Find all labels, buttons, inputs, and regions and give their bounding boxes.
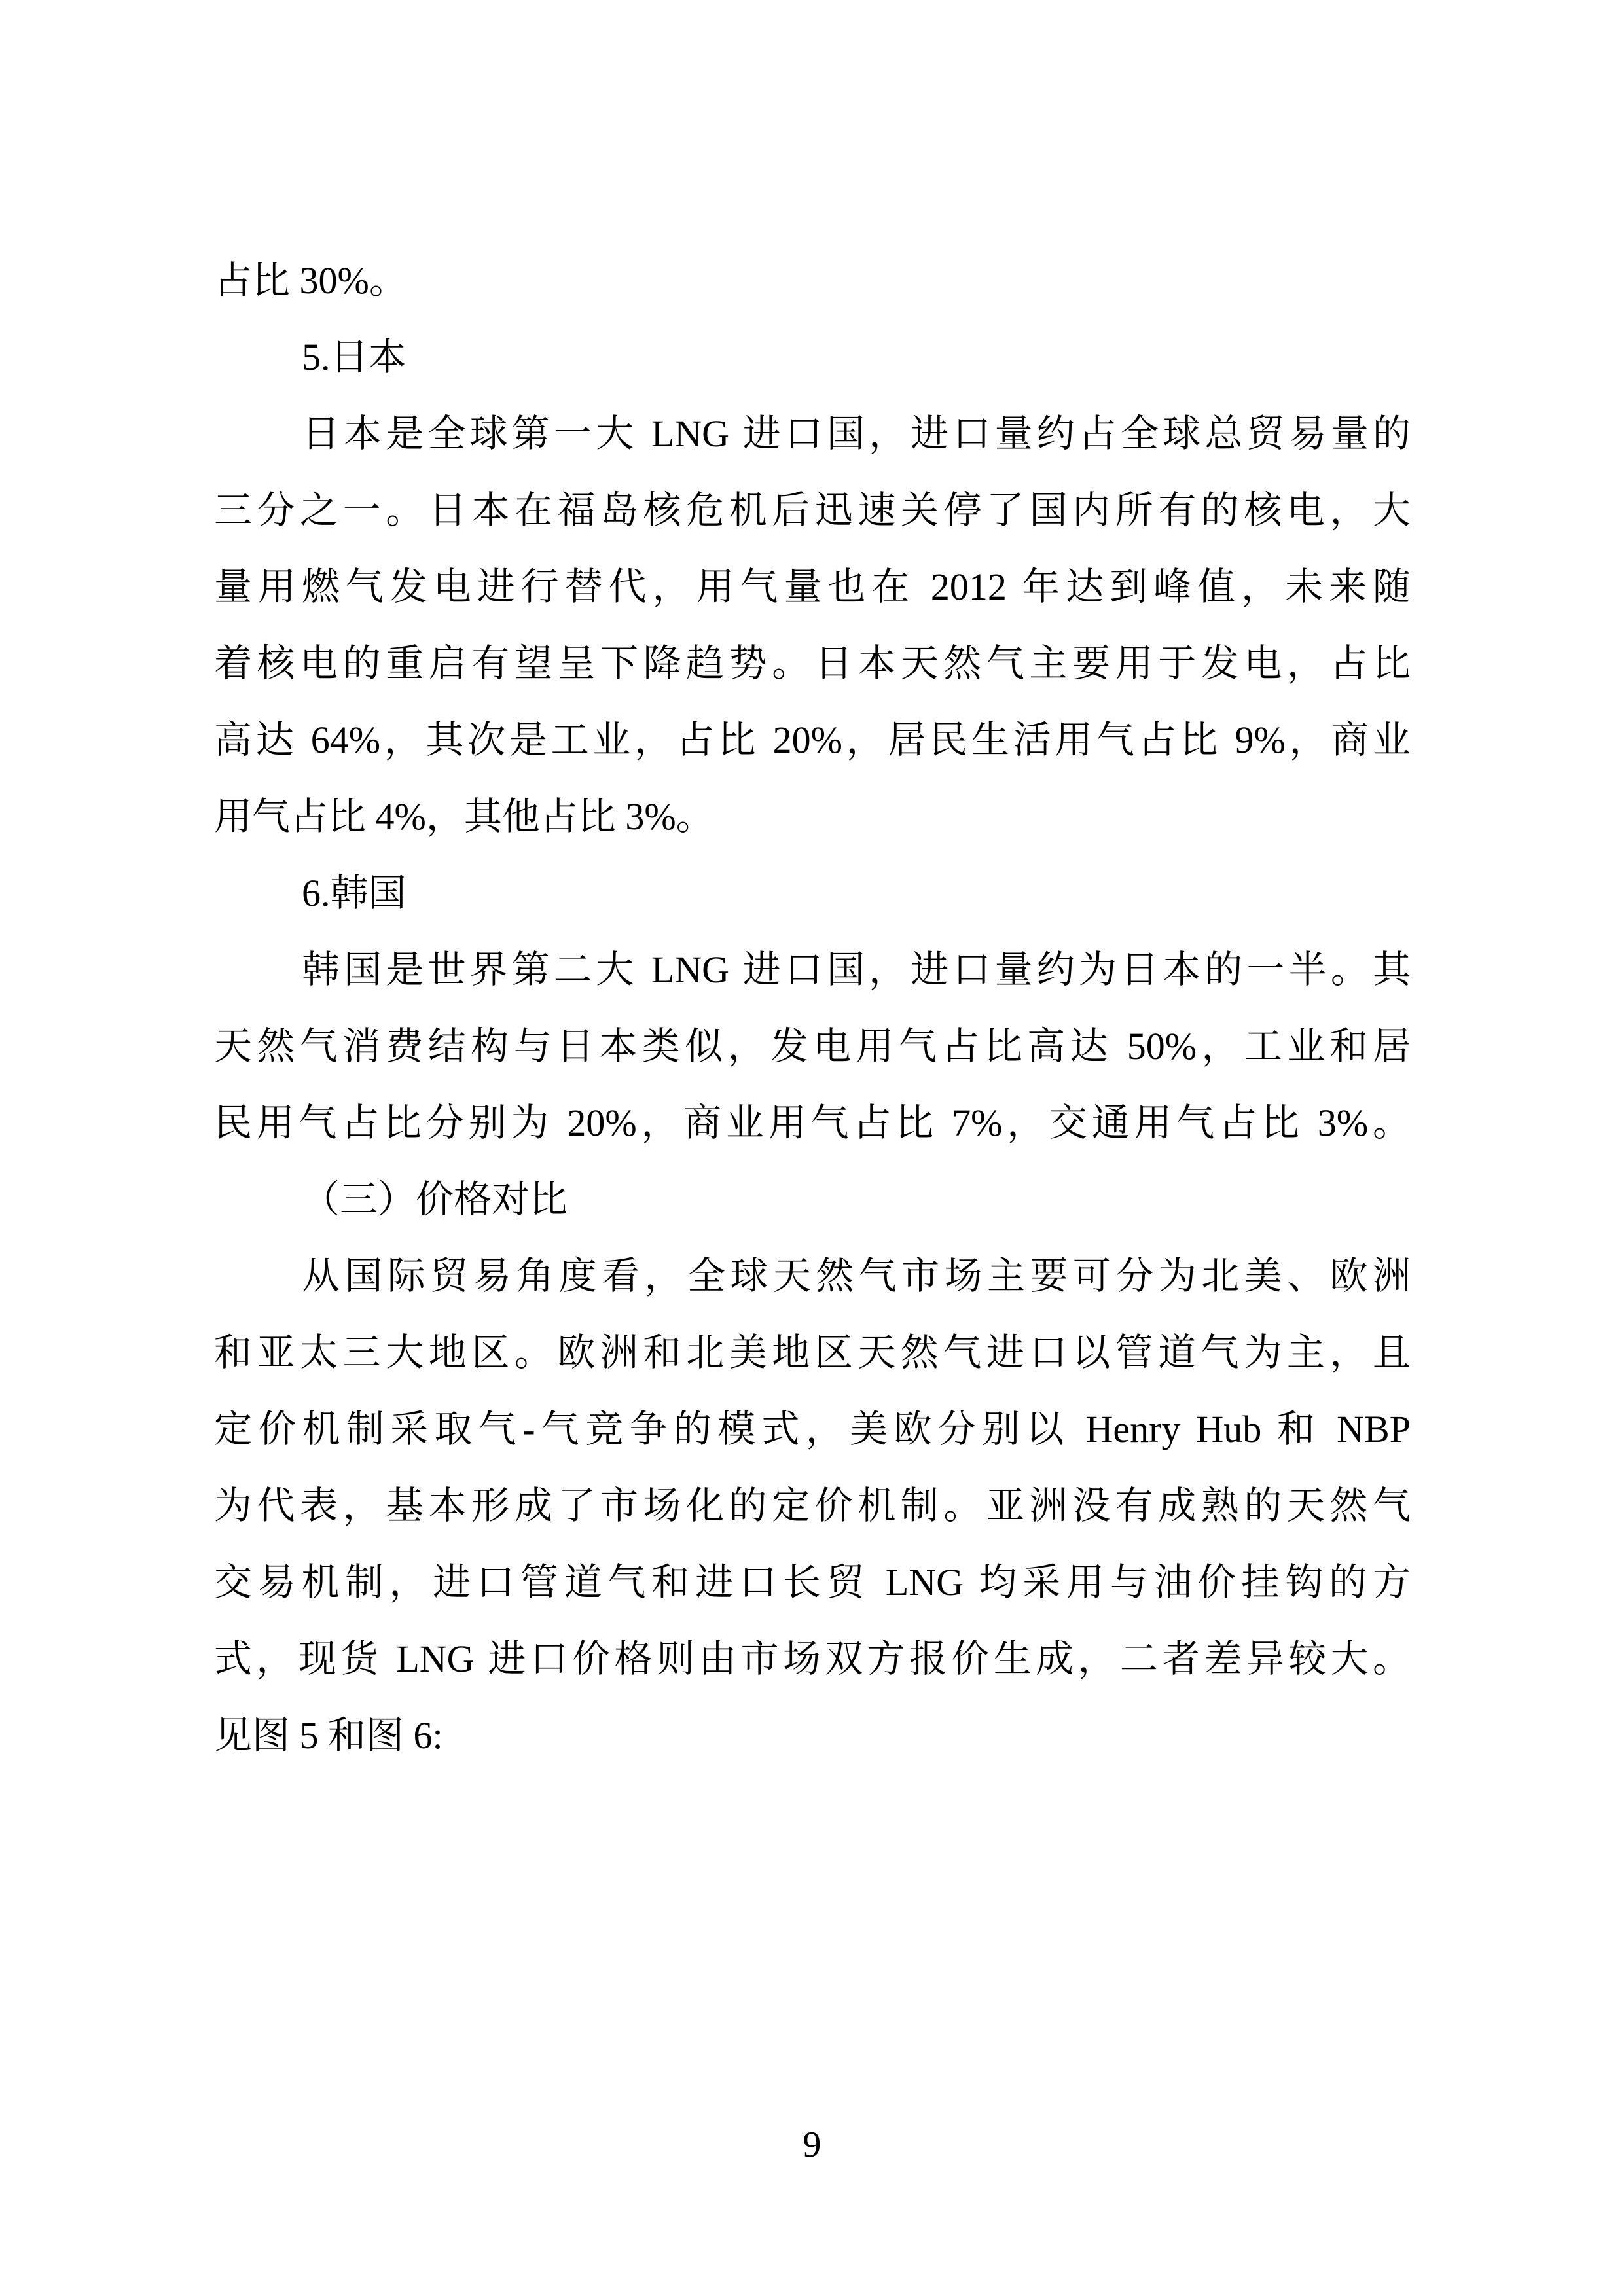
text-line: 高达 64%，其次是工业，占比 20%，居民生活用气占比 9%，商业 bbox=[214, 702, 1411, 778]
text-line: 和亚太三大地区。欧洲和北美地区天然气进口以管道气为主，且 bbox=[214, 1314, 1411, 1391]
text-line: 民用气占比分别为 20%，商业用气占比 7%，交通用气占比 3%。 bbox=[214, 1085, 1411, 1161]
text-line: 定价机制采取气-气竞争的模式，美欧分别以 Henry Hub 和 NBP bbox=[214, 1391, 1411, 1467]
text-line: 日本是全球第一大 LNG 进口国，进口量约占全球总贸易量的 bbox=[214, 395, 1411, 472]
text-line: 占比 30%。 bbox=[214, 242, 1411, 319]
page-number: 9 bbox=[0, 2125, 1624, 2164]
text-line: 5.日本 bbox=[214, 319, 1411, 395]
text-line: 见图 5 和图 6: bbox=[214, 1697, 1411, 1774]
text-line: 为代表，基本形成了市场化的定价机制。亚洲没有成熟的天然气 bbox=[214, 1467, 1411, 1544]
text-line: 三分之一。日本在福岛核危机后迅速关停了国内所有的核电，大 bbox=[214, 472, 1411, 548]
text-line: 从国际贸易角度看，全球天然气市场主要可分为北美、欧洲 bbox=[214, 1238, 1411, 1314]
document-page: 占比 30%。5.日本日本是全球第一大 LNG 进口国，进口量约占全球总贸易量的… bbox=[0, 0, 1624, 2296]
text-line: 用气占比 4%，其他占比 3%。 bbox=[214, 778, 1411, 855]
text-line: 天然气消费结构与日本类似，发电用气占比高达 50%，工业和居 bbox=[214, 1008, 1411, 1085]
text-line: 韩国是世界第二大 LNG 进口国，进口量约为日本的一半。其 bbox=[214, 931, 1411, 1008]
text-line: 交易机制，进口管道气和进口长贸 LNG 均采用与油价挂钩的方 bbox=[214, 1544, 1411, 1621]
text-line: 着核电的重启有望呈下降趋势。日本天然气主要用于发电，占比 bbox=[214, 625, 1411, 702]
text-line: 6.韩国 bbox=[214, 855, 1411, 931]
text-line: 式，现货 LNG 进口价格则由市场双方报价生成，二者差异较大。 bbox=[214, 1621, 1411, 1697]
text-line: 量用燃气发电进行替代，用气量也在 2012 年达到峰值，未来随 bbox=[214, 548, 1411, 625]
body-text: 占比 30%。5.日本日本是全球第一大 LNG 进口国，进口量约占全球总贸易量的… bbox=[214, 242, 1411, 1774]
text-line: （三）价格对比 bbox=[214, 1161, 1411, 1238]
